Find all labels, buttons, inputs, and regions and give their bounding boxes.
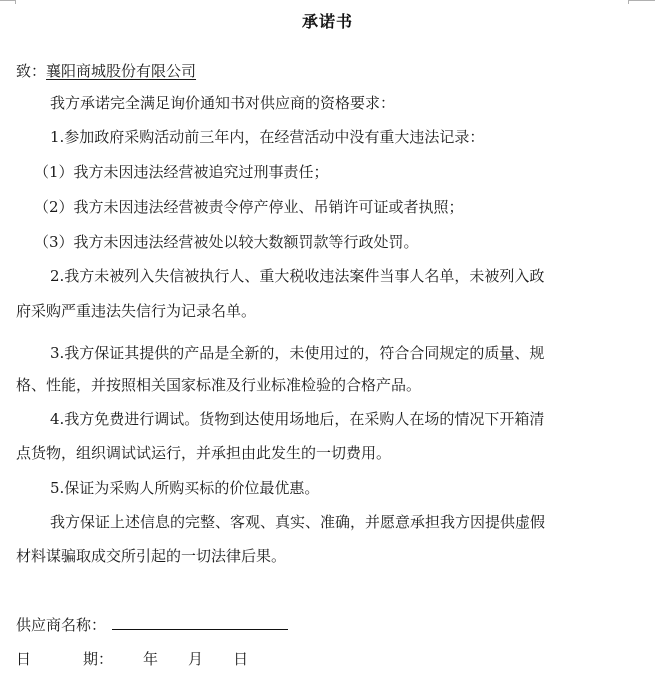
date-year-label: 年 [143,650,158,668]
item-2-line-2: 府采购严重违法失信行为记录名单。 [16,301,256,321]
item-4-line-2: 点货物，组织调试试运行，并承担由此发生的一切费用。 [16,443,391,463]
subitem-3: （3）我方未因违法经营被处以较大数额罚款等行政处罚。 [34,232,419,252]
corner-crop-mark-left [0,0,15,1]
item-3-line-1: 3.我方保证其提供的产品是全新的，未使用过的，符合合同规定的质量、规 [50,343,544,363]
item-5: 5.保证为采购人所购买标的价位最优惠。 [50,478,319,498]
closing-line-2: 材料谋骗取成交所引起的一切法律后果。 [16,546,286,566]
recipient-name: 襄阳商城股份有限公司 [46,62,196,80]
date-label-char-2: 期： [83,650,113,668]
subitem-2: （2）我方未因违法经营被责令停产停业、吊销许可证或者执照； [34,197,464,217]
date-month-label: 月 [188,650,203,668]
item-1: 1.参加政府采购活动前三年内，在经营活动中没有重大违法记录： [50,127,484,147]
recipient-prefix: 致： [16,62,46,80]
intro-paragraph: 我方承诺完全满足询价通知书对供应商的资格要求： [50,93,395,113]
recipient-line: 致：襄阳商城股份有限公司 [16,61,196,81]
closing-line-1: 我方保证上述信息的完整、客观、真实、准确，并愿意承担我方因提供虚假 [50,512,545,532]
date-label-char-1: 日 [16,650,31,668]
item-3-line-2: 格、性能，并按照相关国家标准及行业标准检验的合格产品。 [16,375,421,395]
supplier-name-row: 供应商名称： [16,614,288,635]
subitem-1: （1）我方未因违法经营被追究过刑事责任； [34,162,329,182]
item-4-line-1: 4.我方免费进行调试。货物到达使用场地后，在采购人在场的情况下开箱清 [50,409,544,429]
supplier-name-blank[interactable] [112,614,288,630]
document-title: 承诺书 [0,9,655,32]
date-row: 日期：年月日 [16,649,248,669]
supplier-name-label: 供应商名称： [16,616,106,634]
date-day-label: 日 [233,650,248,668]
item-2-line-1: 2.我方未被列入失信被执行人、重大税收违法案件当事人名单，未被列入政 [50,266,544,286]
corner-crop-mark-left-vertical [15,0,16,4]
corner-crop-mark-right-vertical [628,0,629,4]
corner-crop-mark-right [629,0,655,1]
